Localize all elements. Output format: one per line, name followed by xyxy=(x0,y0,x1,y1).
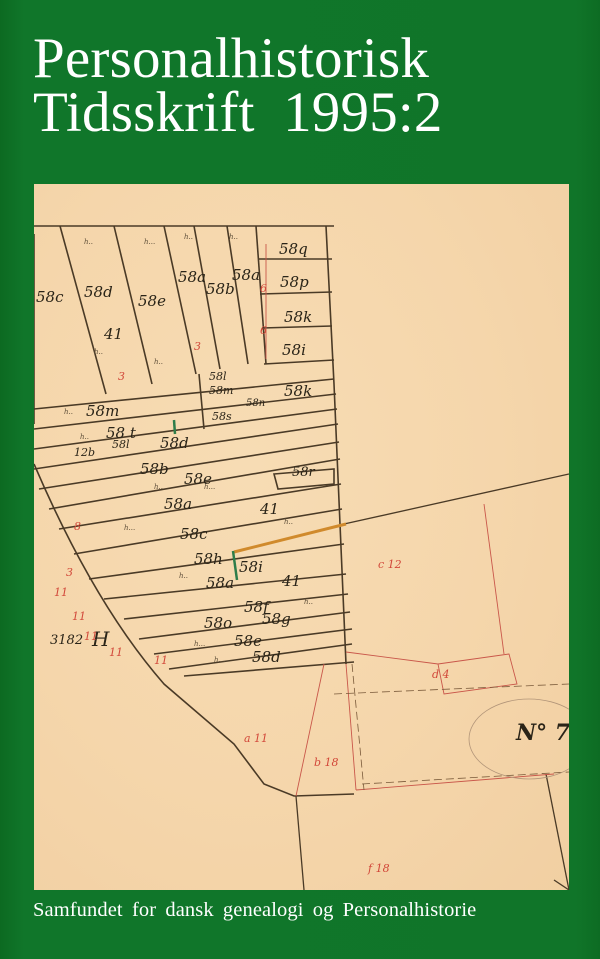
svg-text:h...: h... xyxy=(194,640,205,648)
svg-text:d 4: d 4 xyxy=(432,668,450,681)
svg-text:41: 41 xyxy=(103,325,123,343)
svg-text:11: 11 xyxy=(109,646,123,659)
svg-text:58k: 58k xyxy=(284,308,312,326)
svg-text:58e: 58e xyxy=(138,292,166,310)
title-line-2: Tidsskrift 1995:2 xyxy=(33,86,593,140)
svg-text:h..: h.. xyxy=(84,238,93,246)
svg-text:h..: h.. xyxy=(284,518,293,526)
svg-text:6: 6 xyxy=(260,324,267,337)
svg-text:h..: h.. xyxy=(94,348,103,356)
svg-text:12b: 12b xyxy=(74,446,95,459)
svg-text:h...: h... xyxy=(144,238,155,246)
svg-text:h..: h.. xyxy=(184,233,193,241)
svg-text:58a: 58a xyxy=(178,268,206,286)
svg-text:58n: 58n xyxy=(246,398,265,409)
svg-text:b 18: b 18 xyxy=(314,756,339,769)
svg-text:58r: 58r xyxy=(292,465,316,480)
publisher-name: Samfundet for dansk genealogi og Persona… xyxy=(33,897,573,923)
svg-text:58h: 58h xyxy=(194,550,223,568)
svg-text:58b: 58b xyxy=(140,460,169,478)
svg-text:N° 7: N° 7 xyxy=(515,720,569,746)
svg-text:58i: 58i xyxy=(282,341,306,359)
svg-text:h...: h... xyxy=(214,656,225,664)
svg-text:58k: 58k xyxy=(284,382,312,400)
svg-text:58l: 58l xyxy=(112,438,130,451)
svg-text:58g: 58g xyxy=(262,610,291,628)
svg-text:58p: 58p xyxy=(280,273,309,291)
svg-text:58o: 58o xyxy=(204,614,232,632)
svg-text:h..: h.. xyxy=(154,358,163,366)
cadastral-map-illustration: 58c 58d 58e 58a 58b 58a 58q 58p 58k 58i … xyxy=(34,184,569,890)
svg-text:11: 11 xyxy=(72,610,86,623)
svg-text:3182: 3182 xyxy=(50,633,83,648)
svg-text:41: 41 xyxy=(259,500,279,518)
svg-text:58b: 58b xyxy=(206,280,235,298)
title-line-1: Personalhistorisk xyxy=(33,32,593,86)
svg-text:58s: 58s xyxy=(212,410,232,423)
svg-text:58a: 58a xyxy=(206,574,234,592)
svg-text:h..: h.. xyxy=(179,572,188,580)
svg-text:a 11: a 11 xyxy=(244,732,268,745)
svg-text:41: 41 xyxy=(281,572,301,590)
svg-text:f 18: f 18 xyxy=(367,862,390,875)
svg-text:3: 3 xyxy=(118,370,125,383)
svg-text:58a: 58a xyxy=(232,266,260,284)
svg-text:h...: h... xyxy=(124,524,135,532)
svg-text:58c: 58c xyxy=(180,525,208,543)
map-drawing: 58c 58d 58e 58a 58b 58a 58q 58p 58k 58i … xyxy=(34,184,569,890)
svg-text:11: 11 xyxy=(84,630,98,643)
svg-text:8: 8 xyxy=(74,520,81,533)
svg-text:3: 3 xyxy=(66,566,73,579)
svg-text:58d: 58d xyxy=(84,283,113,301)
cover-title: Personalhistorisk Tidsskrift 1995:2 xyxy=(33,32,593,140)
svg-text:11: 11 xyxy=(154,654,168,667)
svg-text:58m: 58m xyxy=(86,402,119,420)
svg-text:58a: 58a xyxy=(164,495,192,513)
svg-text:58q: 58q xyxy=(279,240,308,258)
svg-text:58d: 58d xyxy=(160,434,189,452)
svg-text:c 12: c 12 xyxy=(378,558,402,571)
svg-text:h...: h... xyxy=(204,483,215,491)
svg-text:6: 6 xyxy=(260,282,267,295)
svg-text:h..: h.. xyxy=(64,408,73,416)
svg-text:58l: 58l xyxy=(209,370,227,383)
book-cover: Personalhistorisk Tidsskrift 1995:2 xyxy=(0,0,600,959)
svg-text:58m: 58m xyxy=(209,384,233,397)
svg-text:h..: h.. xyxy=(154,483,163,491)
svg-text:58i: 58i xyxy=(239,558,263,576)
svg-text:11: 11 xyxy=(54,586,68,599)
svg-text:58d: 58d xyxy=(252,648,281,666)
svg-text:h..: h.. xyxy=(304,598,313,606)
svg-text:58c: 58c xyxy=(36,288,64,306)
svg-text:h..: h.. xyxy=(80,433,89,441)
svg-text:3: 3 xyxy=(194,340,201,353)
svg-text:h..: h.. xyxy=(229,233,238,241)
